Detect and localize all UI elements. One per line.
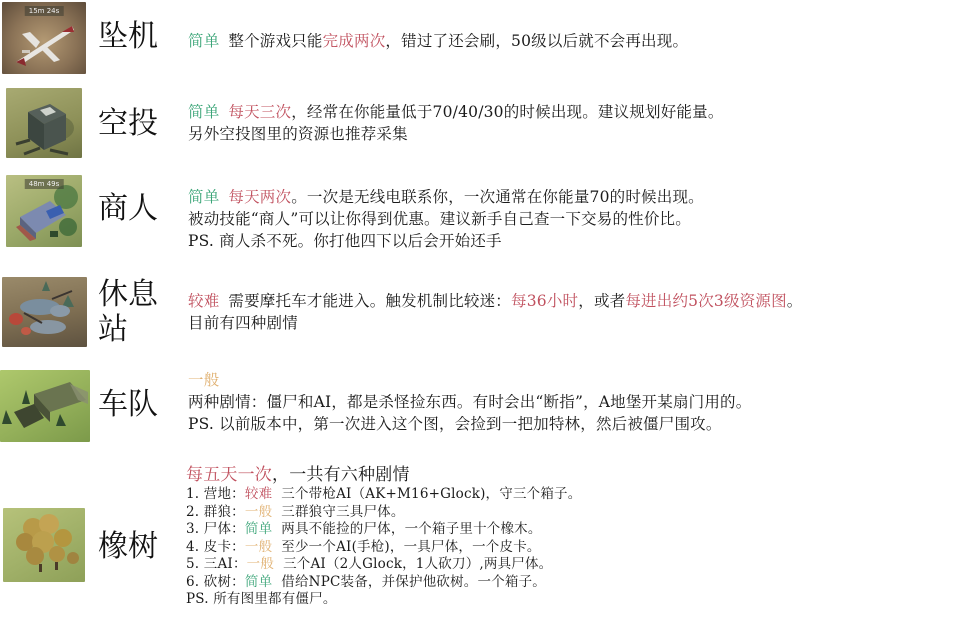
difficulty-badge-easy: 简单 (188, 103, 219, 121)
entry-title: 车队 (98, 388, 158, 422)
difficulty-badge-easy: 简单 (245, 521, 272, 537)
convoy-truck-thumbnail (0, 370, 90, 442)
footnote: PS. 所有图里都有僵尸。 (186, 591, 581, 609)
scenario-item: 4. 皮卡：一般至少一个AI(手枪)，一具尸体，一个皮卡。 (186, 539, 581, 557)
oak-tree-icon (3, 508, 85, 582)
entry-description: 每五天一次，一共有六种剧情 1. 营地：较难三个带枪AI（AK+M16+Gloc… (186, 464, 581, 609)
frequency-text: 每天两次 (228, 188, 291, 206)
entry-description: 简单每天三次，经常在你能量低于70/40/30的时候出现。建议规划好能量。 另外… (188, 101, 724, 145)
entry-title: 橡树 (98, 530, 158, 564)
entry-title-line2: 站 (98, 313, 128, 347)
difficulty-badge-easy: 简单 (188, 188, 219, 206)
entry-description: 一般 两种剧情：僵尸和AI，都是杀怪捡东西。有时会出“断指”，A地堡开某扇门用的… (188, 369, 751, 435)
difficulty-badge-easy: 简单 (245, 574, 272, 590)
difficulty-badge-easy: 简单 (188, 32, 219, 50)
highlight-text: 完成两次 (323, 32, 386, 50)
entry-title: 商人 (98, 192, 158, 226)
crate-icon (6, 88, 82, 158)
entry-title: 空投 (98, 107, 158, 141)
truck-icon (0, 370, 90, 442)
difficulty-badge-normal: 一般 (188, 369, 751, 391)
oak-trees-thumbnail (3, 508, 85, 582)
scenario-item: 3. 尸体：简单两具不能捡的尸体，一个箱子里十个橡木。 (186, 521, 581, 539)
scenario-item: 1. 营地：较难三个带枪AI（AK+M16+Glock)，守三个箱子。 (186, 486, 581, 504)
frequency-text: 每天三次 (228, 103, 291, 121)
airdrop-crate-thumbnail (6, 88, 82, 158)
difficulty-badge-normal: 一般 (247, 556, 274, 572)
entry-title-line1: 休息 (98, 278, 158, 312)
highlight-text: 每36小时 (511, 292, 578, 310)
trader-bus-thumbnail: 48m 49s (6, 175, 82, 247)
scenario-item: 5. 三AI：一般三个AI（2人Glock，1人砍刀）,两具尸体。 (186, 556, 581, 574)
entry-description: 简单整个游戏只能完成两次，错过了还会刷，50级以后就不会再出现。 (188, 30, 688, 52)
crashed-plane-thumbnail: 15m 24s (2, 2, 86, 74)
frequency-text: 每五天一次 (186, 465, 272, 485)
gas-station-icon (2, 277, 87, 347)
countdown-timer: 15m 24s (25, 6, 64, 16)
entry-description: 较难需要摩托车才能进入。触发机制比较迷：每36小时，或者每进出约5次3级资源图。… (188, 290, 803, 334)
rest-stop-thumbnail (2, 277, 87, 347)
scenario-item: 2. 群狼：一般三群狼守三具尸体。 (186, 504, 581, 522)
difficulty-badge-normal: 一般 (245, 539, 272, 555)
entry-description: 简单每天两次。一次是无线电联系你，一次通常在你能量70的时候出现。 被动技能“商… (188, 186, 704, 252)
difficulty-badge-normal: 一般 (245, 504, 272, 520)
difficulty-badge-hard: 较难 (245, 486, 272, 502)
highlight-text: 每进出约5次3级资源图 (625, 292, 786, 310)
entry-title: 坠机 (98, 20, 158, 54)
difficulty-badge-hard: 较难 (188, 292, 219, 310)
scenario-item: 6. 砍树：简单借给NPC装备，并保护他砍树。一个箱子。 (186, 574, 581, 592)
countdown-timer: 48m 49s (25, 179, 64, 189)
